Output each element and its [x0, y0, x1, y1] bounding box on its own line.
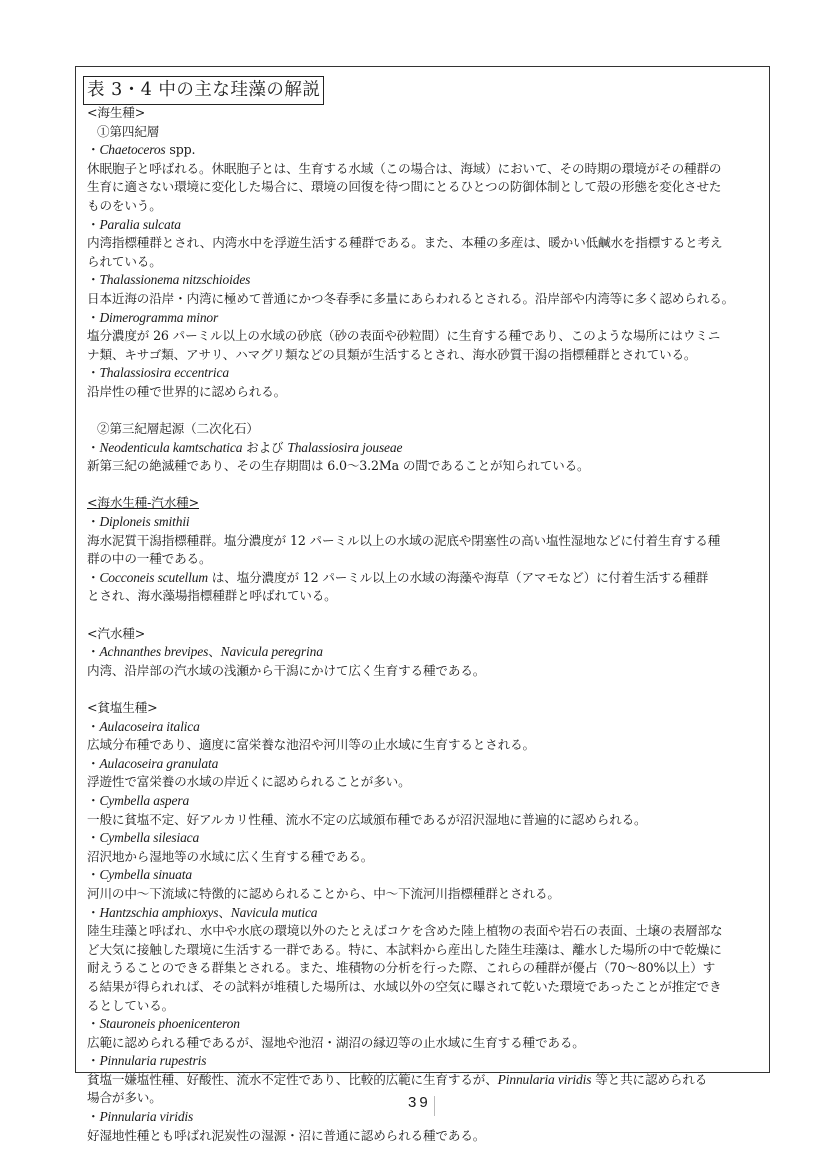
species-description: 群の中の一種である。	[87, 550, 767, 569]
species-description: ど大気に接触した環境に生活する一群である。特に、本試料から産出した陸生珪藻は、離…	[87, 941, 767, 960]
document-body: <海生種> ①第四紀層 ・Chaetoceros spp. 休眠胞子と呼ばれる。…	[87, 104, 767, 1145]
species-entry-name: ・Aulacoseira italica	[87, 718, 767, 737]
species-description: ナ類、キサゴ類、アサリ、ハマグリ類などの貝類が生活するとされ、海水砂質干潟の指標…	[87, 346, 767, 365]
species-entry-name: ・Achnanthes brevipes、Navicula peregrina	[87, 643, 767, 662]
species-description: られている。	[87, 253, 767, 272]
scan-artifact-line	[434, 1096, 435, 1116]
spacer	[87, 606, 767, 625]
species-description: 一般に貧塩不定、好アルカリ性種、流水不定の広域頒布種であるが沼沢湿地に普遍的に認…	[87, 811, 767, 830]
species-entry-name: ・Chaetoceros spp.	[87, 141, 767, 160]
spacer	[87, 476, 767, 495]
species-description: 内湾指標種群とされ、内湾水中を浮遊生活する種群である。また、本種の多産は、暖かい…	[87, 234, 767, 253]
species-entry-name: ・Cymbella silesiaca	[87, 829, 767, 848]
species-description: 休眠胞子と呼ばれる。休眠胞子とは、生育する水域（この場合は、海域）において、その…	[87, 160, 767, 179]
heading-marine: <海生種>	[87, 104, 767, 123]
section-title: 表 3・4 中の主な珪藻の解説	[83, 76, 324, 105]
species-description: 耐えうることのできる群集とされる。また、堆積物の分析を行った際、これらの種群が優…	[87, 959, 767, 978]
species-entry-name: ・Thalassiosira eccentrica	[87, 364, 767, 383]
heading-marine-brackish: <海水生種-汽水種>	[87, 494, 767, 513]
species-entry-name: ・Pinnularia rupestris	[87, 1052, 767, 1071]
species-entry-name: ・Diploneis smithii	[87, 513, 767, 532]
heading-freshwater: <貧塩生種>	[87, 699, 767, 718]
species-description: る結果が得られれば、その試料が堆積した場所は、水域以外の空気に曝されて乾いた環境…	[87, 978, 767, 997]
species-entry-name: ・Hantzschia amphioxys、Navicula mutica	[87, 904, 767, 923]
species-description: 河川の中～下流域に特徴的に認められることから、中～下流河川指標種群とされる。	[87, 885, 767, 904]
species-description: 海水泥質干潟指標種群。塩分濃度が 12 パーミル以上の水域の泥底や閉塞性の高い塩…	[87, 532, 767, 551]
species-description: 貧塩一嫌塩性種、好酸性、流水不定性であり、比較的広範に生育するが、Pinnula…	[87, 1071, 767, 1090]
spacer	[87, 680, 767, 699]
species-description: 沼沢地から湿地等の水域に広く生育する種である。	[87, 848, 767, 867]
species-entry-name: ・Neodenticula kamtschatica および Thalassio…	[87, 439, 767, 458]
page-number: 39	[408, 1094, 431, 1111]
species-description: 生育に適さない環境に変化した場合に、環境の回復を待つ間にとるひとつの防御体制とし…	[87, 178, 767, 197]
species-description: 浮遊性で富栄養の水域の岸近くに認められることが多い。	[87, 773, 767, 792]
species-description: 日本近海の沿岸・内湾に極めて普通にかつ冬春季に多量にあらわれるとされる。沿岸部や…	[87, 290, 767, 309]
species-description: 広域分布種であり、適度に富栄養な池沼や河川等の止水域に生育するとされる。	[87, 736, 767, 755]
species-entry-name: ・Cymbella sinuata	[87, 866, 767, 885]
species-description: 新第三紀の絶滅種であり、その生存期間は 6.0～3.2Ma の間であることが知ら…	[87, 457, 767, 476]
species-entry-name: ・Aulacoseira granulata	[87, 755, 767, 774]
subheading-quaternary: ①第四紀層	[87, 123, 767, 142]
species-description: ものをいう。	[87, 197, 767, 216]
subheading-tertiary: ②第三紀層起源（二次化石）	[87, 420, 767, 439]
species-description: とされ、海水藻場指標種群と呼ばれている。	[87, 587, 767, 606]
species-entry-name: ・Cocconeis scutellum は、塩分濃度が 12 パーミル以上の水…	[87, 569, 767, 588]
species-description: 沿岸性の種で世界的に認められる。	[87, 383, 767, 402]
species-description: るとしている。	[87, 997, 767, 1016]
species-description: 広範に認められる種であるが、湿地や池沼・湖沼の縁辺等の止水域に生育する種である。	[87, 1034, 767, 1053]
species-entry-name: ・Dimerogramma minor	[87, 309, 767, 328]
species-description: 塩分濃度が 26 パーミル以上の水域の砂底（砂の表面や砂粒間）に生育する種であり…	[87, 327, 767, 346]
heading-brackish: <汽水種>	[87, 625, 767, 644]
species-entry-name: ・Stauroneis phoenicenteron	[87, 1015, 767, 1034]
species-description: 陸生珪藻と呼ばれ、水中や水底の環境以外のたとえばコケを含めた陸上植物の表面や岩石…	[87, 922, 767, 941]
species-entry-name: ・Cymbella aspera	[87, 792, 767, 811]
species-description: 内湾、沿岸部の汽水域の浅瀬から干潟にかけて広く生育する種である。	[87, 662, 767, 681]
spacer	[87, 402, 767, 421]
species-entry-name: ・Paralia sulcata	[87, 216, 767, 235]
species-entry-name: ・Thalassionema nitzschioides	[87, 271, 767, 290]
species-description: 好湿地性種とも呼ばれ泥炭性の湿源・沼に普通に認められる種である。	[87, 1127, 767, 1146]
